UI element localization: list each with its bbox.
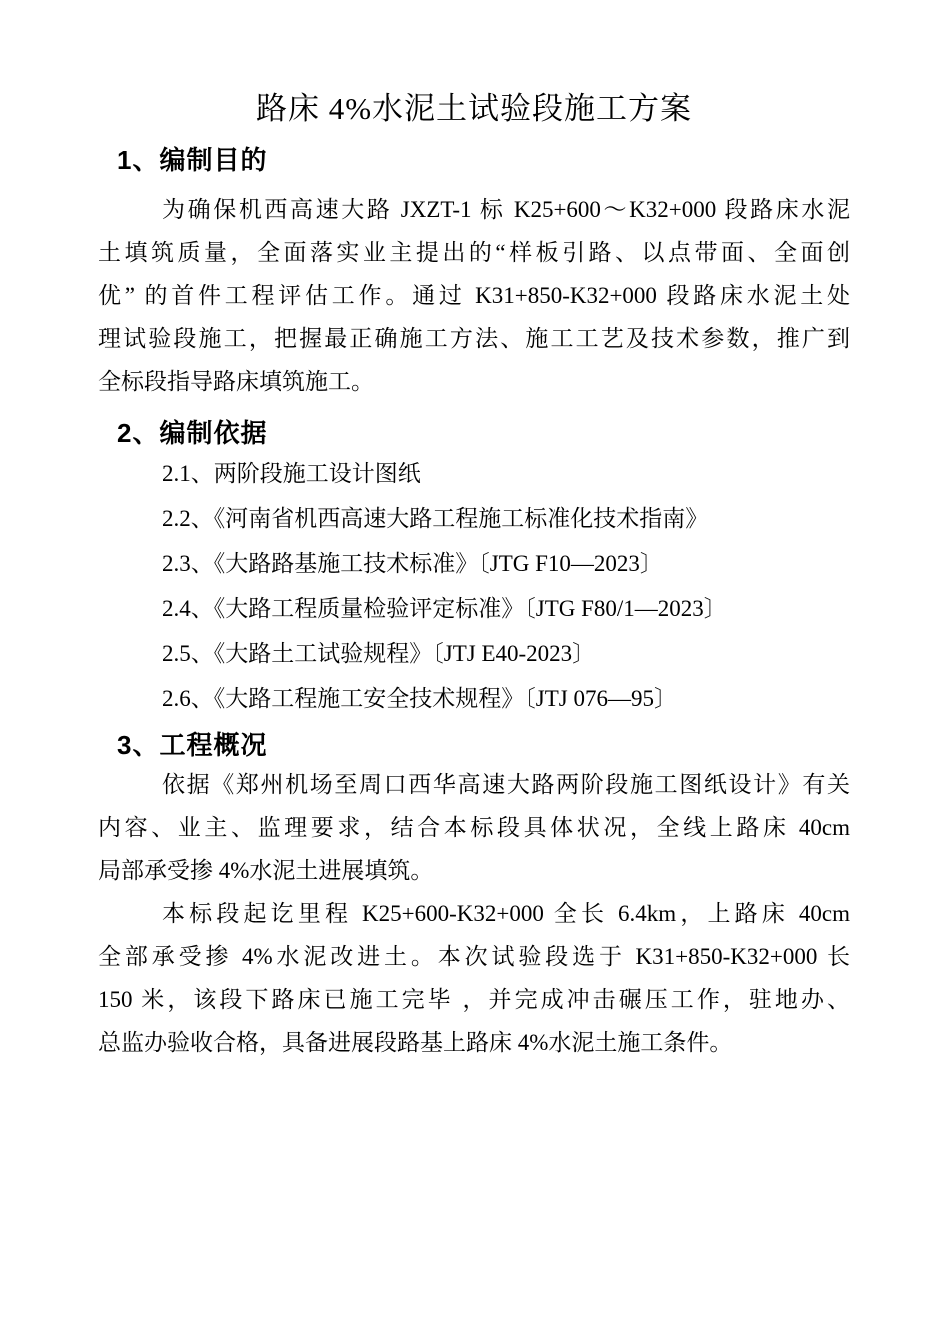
text-line: 150 米，该段下路床已施工完毕 ，并完成冲击碾压工作，驻地办、 (98, 978, 850, 1021)
text-line: 为确保机西高速大路 JXZT-1 标 K25+600～K32+000 段路床水泥 (98, 188, 850, 231)
text-line: 依据《郑州机场至周口西华高速大路两阶段施工图纸设计》有关 (98, 763, 850, 806)
reference-item: 2.6、《大路工程施工安全技术规程》〔JTJ 076—95〕 (98, 676, 850, 721)
paragraph-3: 本标段起讫里程 K25+600-K32+000 全长 6.4km，上路床 40c… (98, 892, 850, 1064)
text-line: 内容、业主、监理要求，结合本标段具体状况，全线上路床 40cm (98, 806, 850, 849)
paragraph-1: 为确保机西高速大路 JXZT-1 标 K25+600～K32+000 段路床水泥… (98, 188, 850, 403)
text-line: 理试验段施工，把握最正确施工方法、施工工艺及技术参数，推广到 (98, 317, 850, 360)
reference-item: 2.3、《大路路基施工技术标准》〔JTG F10—2023〕 (98, 541, 850, 586)
text-line: 全部承受掺 4%水泥改进土。本次试验段选于 K31+850-K32+000 长 (98, 935, 850, 978)
text-line: 本标段起讫里程 K25+600-K32+000 全长 6.4km，上路床 40c… (98, 892, 850, 935)
section-heading-2: 2、编制依据 (98, 415, 850, 451)
text-line: 全标段指导路床填筑施工。 (98, 360, 850, 403)
document-title: 路床 4%水泥土试验段施工方案 (98, 88, 850, 130)
reference-item: 2.1、两阶段施工设计图纸 (98, 451, 850, 496)
paragraph-2: 依据《郑州机场至周口西华高速大路两阶段施工图纸设计》有关 内容、业主、监理要求，… (98, 763, 850, 892)
section-heading-3: 3、工程概况 (98, 727, 850, 763)
reference-item: 2.5、《大路土工试验规程》〔JTJ E40-2023〕 (98, 631, 850, 676)
reference-item: 2.2、《河南省机西高速大路工程施工标准化技术指南》 (98, 496, 850, 541)
text-line: 优” 的首件工程评估工作。通过 K31+850-K32+000 段路床水泥土处 (98, 274, 850, 317)
section-heading-1: 1、编制目的 (98, 142, 850, 178)
text-line: 总监办验收合格，具备进展段路基上路床 4%水泥土施工条件。 (98, 1021, 850, 1064)
text-line: 局部承受掺 4%水泥土进展填筑。 (98, 849, 850, 892)
reference-list: 2.1、两阶段施工设计图纸 2.2、《河南省机西高速大路工程施工标准化技术指南》… (98, 451, 850, 721)
reference-item: 2.4、《大路工程质量检验评定标准》〔JTG F80/1—2023〕 (98, 586, 850, 631)
document-page: 路床 4%水泥土试验段施工方案 1、编制目的 为确保机西高速大路 JXZT-1 … (0, 0, 950, 1344)
text-line: 土填筑质量，全面落实业主提出的“样板引路、以点带面、全面创 (98, 231, 850, 274)
